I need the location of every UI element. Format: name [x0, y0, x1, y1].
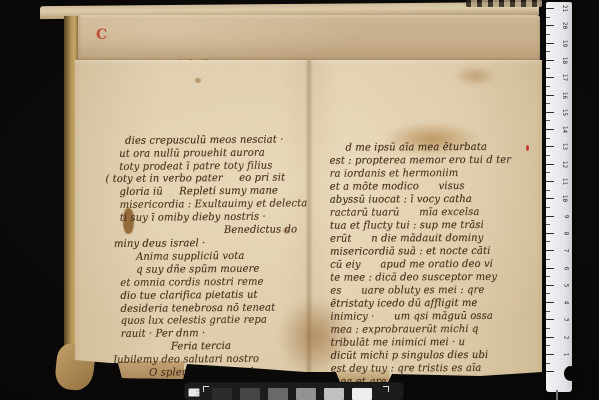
grayscale-patch — [240, 388, 260, 400]
ruler-tick — [546, 181, 554, 182]
crop-mark-right — [383, 386, 389, 392]
calibration-bar: :: — [185, 383, 403, 400]
ruler-tick — [546, 25, 554, 26]
ruler-number: 6 — [563, 266, 570, 270]
ruler-tick — [546, 60, 554, 61]
ruler-number: 3 — [563, 318, 570, 322]
ruler-number: 4 — [563, 301, 570, 305]
ruler-half-tick — [546, 86, 550, 87]
stain-top-right — [453, 66, 497, 86]
ruler-tick — [546, 129, 554, 130]
grayscale-patch — [296, 388, 316, 400]
ruler-tick — [546, 164, 554, 165]
ruler-number: 1 — [563, 353, 570, 357]
ruler-half-tick — [546, 276, 550, 277]
ruler-half-tick — [546, 293, 550, 294]
grayscale-patch — [352, 388, 372, 400]
ruler-half-tick — [546, 259, 550, 260]
stain-speck — [195, 78, 201, 83]
ruler-half-tick — [546, 34, 550, 35]
ruler-tick — [546, 371, 554, 372]
ruler-half-tick — [546, 155, 550, 156]
left-page-text: dies crepusculū meos nesciat ·ut ora nul… — [105, 95, 316, 400]
ruler-number: 20 — [561, 22, 568, 29]
ruler-tick — [546, 268, 554, 269]
ruler-tick — [546, 285, 554, 286]
ruler-half-tick — [546, 68, 550, 69]
ruler-tick — [546, 77, 554, 78]
ruler-number: 9 — [563, 214, 570, 218]
ruler-number: 18 — [561, 57, 568, 64]
ruler-number: 13 — [561, 143, 568, 150]
ruler-half-tick — [546, 51, 550, 52]
ruler-half-tick — [546, 363, 550, 364]
ruler-number: 19 — [561, 39, 568, 46]
ruler-number: 14 — [561, 126, 568, 133]
ruler-tick — [546, 250, 554, 251]
ruler-half-tick — [546, 224, 550, 225]
ruler-half-tick — [546, 172, 550, 173]
ruler-half-tick — [546, 328, 550, 329]
crop-mark-left — [203, 386, 209, 392]
grayscale-patches — [212, 388, 372, 400]
ruler-tick — [546, 302, 554, 303]
ruler-wire — [556, 390, 558, 400]
ruler-half-tick — [546, 345, 550, 346]
grayscale-patch — [268, 388, 288, 400]
ruler-number: 16 — [561, 91, 568, 98]
ruler-tick — [546, 354, 554, 355]
ruler-half-tick — [546, 103, 550, 104]
ruler-clip — [564, 366, 577, 381]
grayscale-patch — [212, 388, 232, 400]
spine-fragment-strip: C dnūy iam prido ī villeg uerusdicto uba… — [78, 15, 540, 62]
ruler-half-tick — [546, 120, 550, 121]
ruler-half-tick — [546, 17, 550, 18]
ruler-tick — [546, 146, 554, 147]
ruler-tick — [546, 233, 554, 234]
ruler-number: 10 — [561, 195, 568, 202]
ruler-number: 7 — [563, 249, 570, 253]
manuscript-line: O splendor patrum lu — [149, 366, 315, 381]
page-edges-stack — [466, 0, 542, 7]
ruler-half-tick — [546, 241, 550, 242]
ruler-tick — [546, 319, 554, 320]
ruler-number: 15 — [561, 109, 568, 116]
ruler-half-tick — [546, 138, 550, 139]
photo-stage: C dnūy iam prido ī villeg uerusdicto uba… — [0, 0, 599, 400]
ruler: 21 20 19 18 17 — [546, 2, 572, 392]
page-spread: dies crepusculū meos nesciat ·ut ora nul… — [75, 60, 542, 382]
ruler-tick — [546, 112, 554, 113]
right-page-text: d me ipsū aīa mea ēturbataest : proptere… — [329, 101, 543, 400]
ruler-tick — [546, 216, 554, 217]
ruler-number: 2 — [563, 335, 570, 339]
ruler-tick — [546, 198, 554, 199]
ruler-half-tick — [546, 190, 550, 191]
manuscript-book: C dnūy iam prido ī villeg uerusdicto uba… — [38, 0, 542, 392]
ruler-half-tick — [546, 207, 550, 208]
ruler-number: 5 — [563, 283, 570, 287]
ruler-number: 21 — [561, 5, 568, 12]
grayscale-patch — [324, 388, 344, 400]
ruler-number: 8 — [563, 232, 570, 236]
ruler-number: 11 — [561, 178, 568, 185]
ruler-tick — [546, 337, 554, 338]
ruler-tick — [546, 8, 554, 9]
ruler-half-tick — [546, 311, 550, 312]
ruler-number: 12 — [561, 161, 568, 168]
calibration-label: :: — [189, 389, 200, 397]
ruler-tick — [546, 95, 554, 96]
ruler-number: 17 — [561, 74, 568, 81]
ruler-tick — [546, 43, 554, 44]
